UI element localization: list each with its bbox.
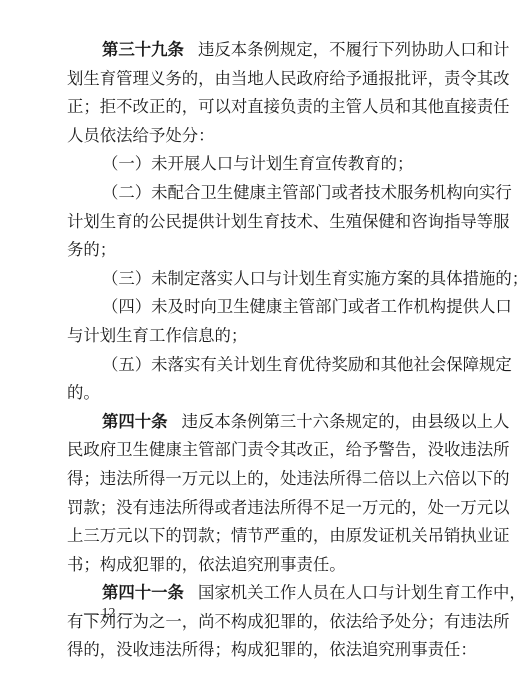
- article-39-line-2: 划生育管理义务的，由当地人民政府给予通报批评，责令其改: [67, 65, 455, 94]
- article-39-line-3: 正；拒不改正的，可以对直接负责的主管人员和其他直接责任: [67, 93, 455, 122]
- article-41-line-3: 得的，没收违法所得；构成犯罪的，依法追究刑事责任：: [67, 636, 455, 665]
- item-3-line-1: （三）未制定落实人口与计划生育实施方案的具体措施的；: [67, 265, 455, 294]
- item-2-line-1: （二）未配合卫生健康主管部门或者技术服务机构向实行: [67, 179, 455, 208]
- item-1-line-1: （一）未开展人口与计划生育宣传教育的；: [67, 150, 455, 179]
- article-40-line-5: 上三万元以下的罚款；情节严重的，由原发证机关吊销执业证: [67, 522, 455, 551]
- article-40-line-3: 得；违法所得一万元以上的，处违法所得二倍以上六倍以下的: [67, 465, 455, 494]
- article-40-line-2: 民政府卫生健康主管部门责令其改正，给予警告，没收违法所: [67, 436, 455, 465]
- article-41-title: 第四十一条: [102, 583, 184, 602]
- article-40-line-4: 罚款；没有违法所得或者违法所得不足一万元的，处一万元以: [67, 494, 455, 523]
- item-2-line-3: 务的；: [67, 236, 455, 265]
- document-page: 第三十九条违反本条例规定，不履行下列协助人口和计 划生育管理义务的，由当地人民政…: [67, 36, 455, 665]
- article-39-title: 第三十九条: [102, 40, 184, 59]
- article-39-line-1: 第三十九条违反本条例规定，不履行下列协助人口和计: [67, 36, 455, 65]
- article-40-line-1: 第四十条违反本条例第三十六条规定的，由县级以上人: [67, 408, 455, 437]
- item-5-line-2: 的。: [67, 379, 455, 408]
- article-40-title: 第四十条: [102, 412, 168, 431]
- article-39-line-4: 人员依法给予处分：: [67, 122, 455, 151]
- article-41-line-1: 第四十一条国家机关工作人员在人口与计划生育工作中，: [67, 579, 455, 608]
- item-5-line-1: （五）未落实有关计划生育优待奖励和其他社会保障规定: [67, 351, 455, 380]
- item-4-line-1: （四）未及时向卫生健康主管部门或者工作机构提供人口: [67, 293, 455, 322]
- page-number: — 12 —: [84, 606, 133, 622]
- item-2-line-2: 计划生育的公民提供计划生育技术、生殖保健和咨询指导等服: [67, 208, 455, 237]
- article-40-line-6: 书；构成犯罪的，依法追究刑事责任。: [67, 551, 455, 580]
- item-4-line-2: 与计划生育工作信息的；: [67, 322, 455, 351]
